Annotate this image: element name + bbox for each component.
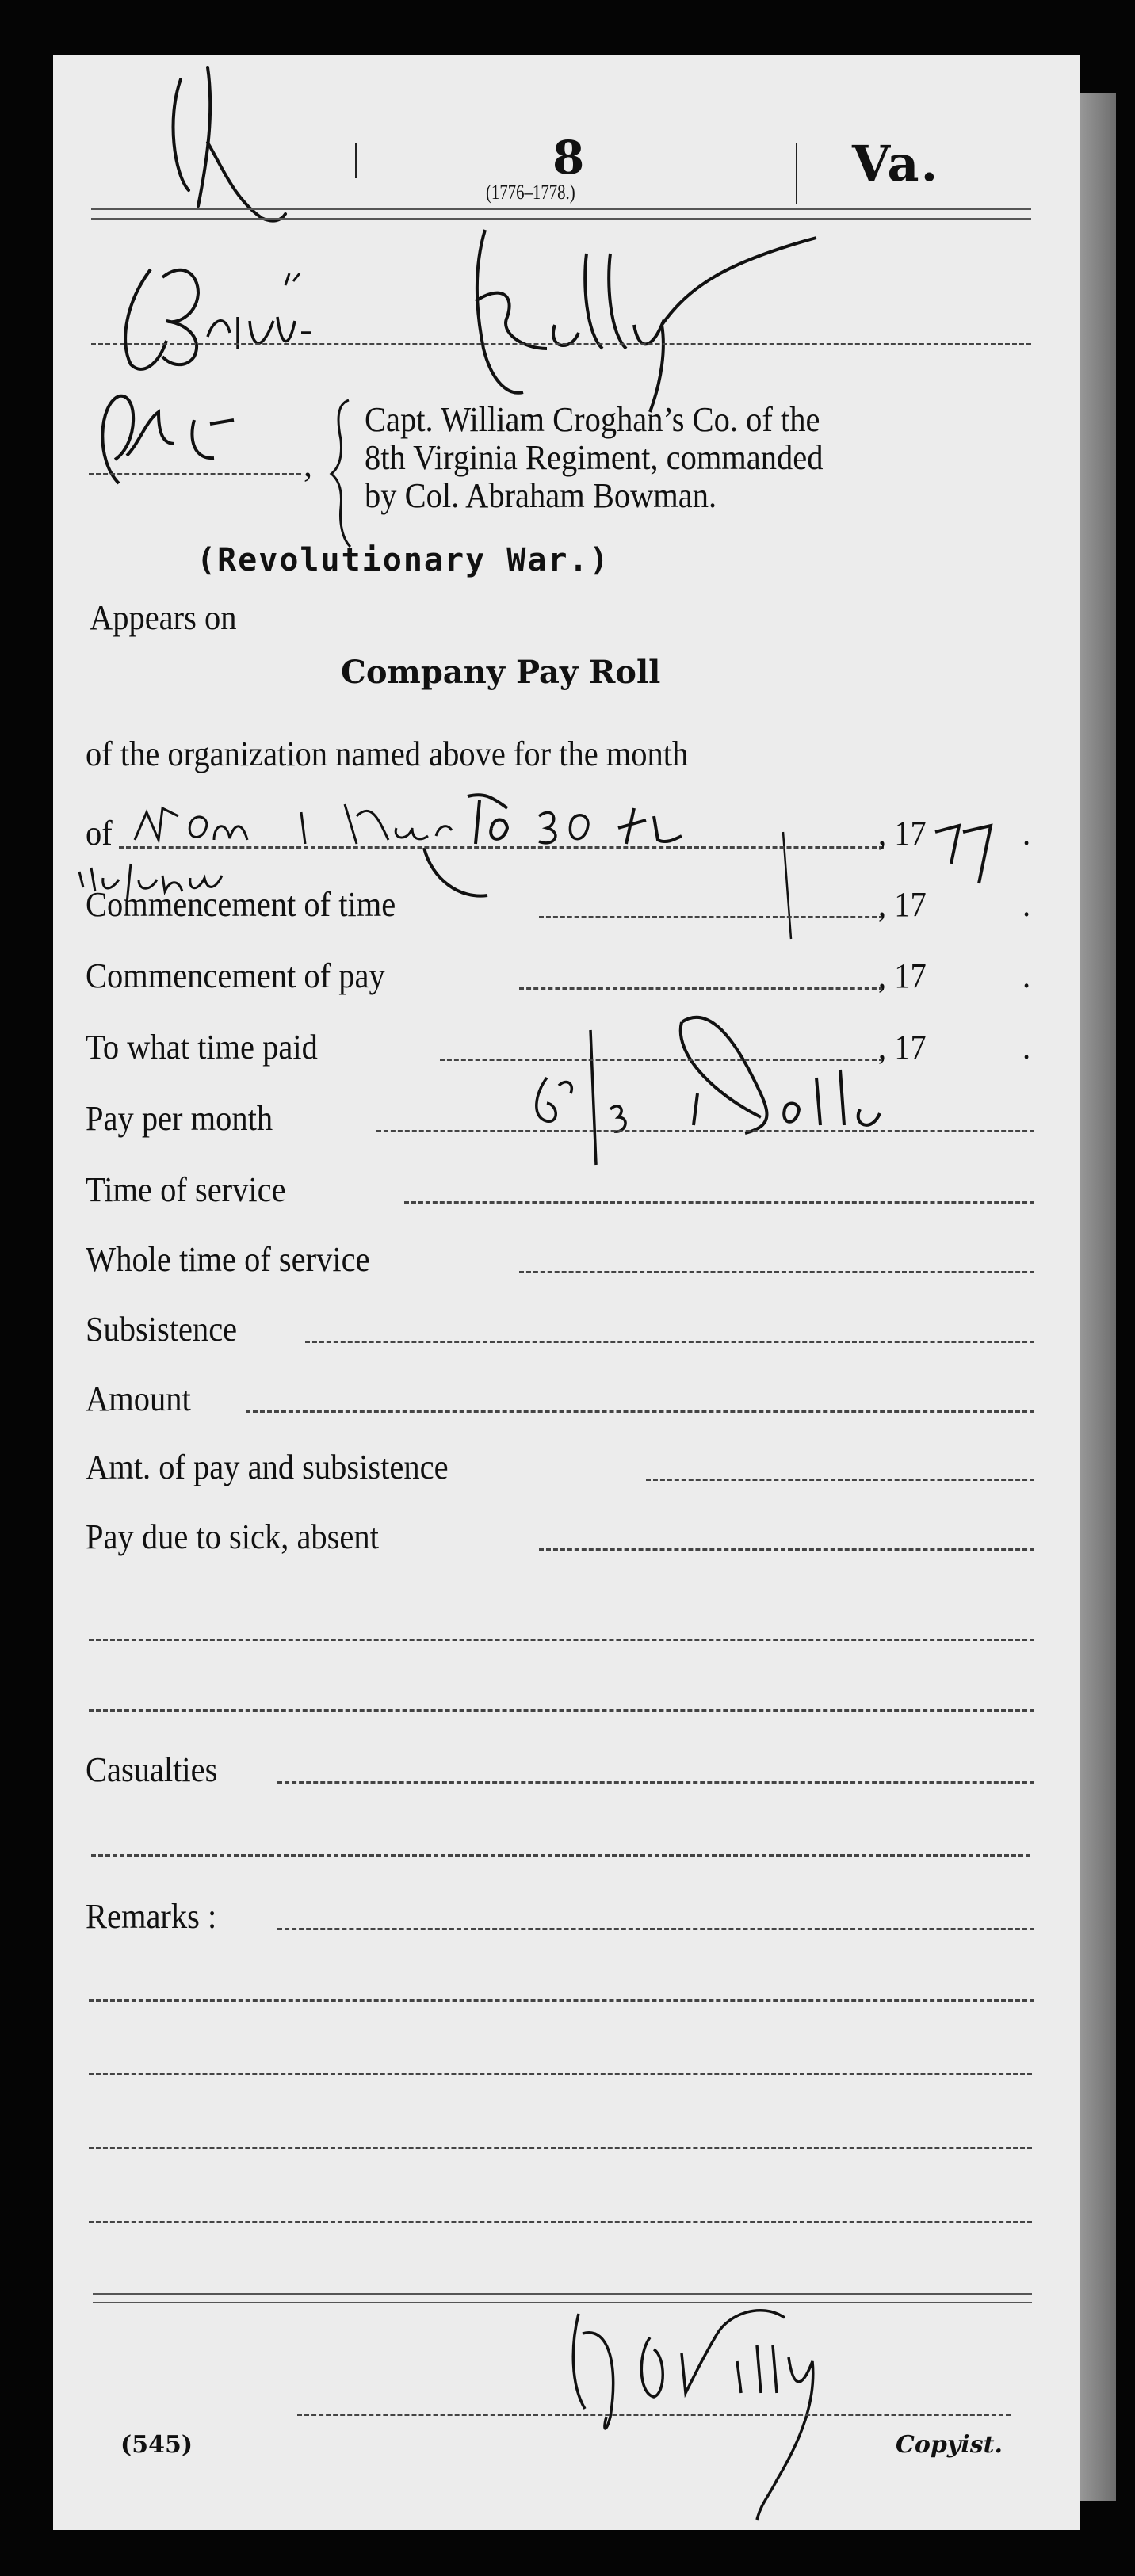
field-label: Pay per month — [86, 1101, 273, 1136]
name-line — [91, 343, 1031, 345]
field-label: Time of service — [86, 1173, 286, 1208]
organization-line: of the organization named above for the … — [86, 737, 688, 772]
blank-line[interactable] — [91, 1854, 1030, 1857]
field-line[interactable] — [519, 1271, 1034, 1273]
field-line[interactable] — [539, 1548, 1034, 1551]
field-label: Whole time of service — [86, 1242, 370, 1277]
field-line[interactable] — [404, 1201, 1034, 1204]
regiment-number: 8 — [552, 131, 584, 185]
field-line[interactable] — [539, 916, 884, 918]
blank-line[interactable] — [89, 1639, 1034, 1641]
rank-line — [89, 473, 301, 475]
field-line[interactable] — [305, 1341, 1034, 1343]
blank-line[interactable] — [89, 1709, 1034, 1712]
field-line[interactable] — [277, 1781, 1034, 1784]
field-line[interactable] — [440, 1059, 884, 1061]
footer-rule-bottom — [93, 2302, 1032, 2303]
war-label: (Revolutionary War.) — [197, 542, 610, 578]
field-label: Casualties — [86, 1753, 217, 1788]
unit-line-2: 8th Virginia Regiment, commanded — [365, 441, 823, 475]
field-label: Subsistence — [86, 1312, 237, 1347]
field-label: To what time paid — [86, 1030, 318, 1065]
field-label: Commencement of time — [86, 887, 396, 922]
period-year-end: . — [1022, 816, 1030, 851]
field-label: Amt. of pay and subsistence — [86, 1450, 449, 1485]
field-line[interactable] — [646, 1479, 1034, 1481]
remarks-line[interactable] — [89, 2073, 1032, 2075]
field-label: Remarks : — [86, 1899, 216, 1934]
header-divider-right — [796, 143, 797, 204]
rank-comma: , — [304, 448, 312, 483]
copyist-signature-line[interactable] — [297, 2414, 1011, 2416]
field-year-prefix: , 17 — [878, 1030, 927, 1065]
field-year-end: . — [1022, 959, 1030, 994]
header-divider-left — [355, 143, 357, 178]
field-label: Commencement of pay — [86, 959, 385, 994]
field-year-prefix: , 17 — [878, 959, 927, 994]
field-year-end: . — [1022, 1030, 1030, 1065]
field-line[interactable] — [519, 987, 884, 990]
field-label: Amount — [86, 1382, 191, 1417]
field-line[interactable] — [246, 1410, 1034, 1413]
record-type-title: Company Pay Roll — [341, 654, 660, 691]
footer-rule-top — [93, 2293, 1032, 2295]
field-year-prefix: , 17 — [878, 887, 927, 922]
remarks-line[interactable] — [89, 1999, 1034, 2002]
state-abbreviation: Va. — [852, 135, 939, 193]
unit-line-1: Capt. William Croghan’s Co. of the — [365, 403, 820, 437]
form-number: (545) — [120, 2431, 193, 2459]
remarks-line[interactable] — [89, 2221, 1032, 2223]
field-year-end: . — [1022, 887, 1030, 922]
unit-line-3: by Col. Abraham Bowman. — [365, 479, 717, 513]
handwriting-ink-layer — [0, 0, 1135, 2576]
copyist-label: Copyist. — [896, 2431, 1003, 2459]
header-rule-bottom — [91, 218, 1031, 220]
service-years: (1776–1778.) — [486, 181, 575, 204]
header-rule-top — [91, 208, 1031, 210]
remarks-line[interactable] — [89, 2147, 1032, 2149]
field-line[interactable] — [277, 1928, 1034, 1930]
period-year-prefix: , 17 — [878, 816, 927, 851]
field-line[interactable] — [376, 1130, 1034, 1132]
field-label: Pay due to sick, absent — [86, 1520, 379, 1555]
period-line — [119, 846, 884, 849]
period-prefix: of — [86, 816, 113, 851]
appears-on-label: Appears on — [90, 601, 236, 635]
